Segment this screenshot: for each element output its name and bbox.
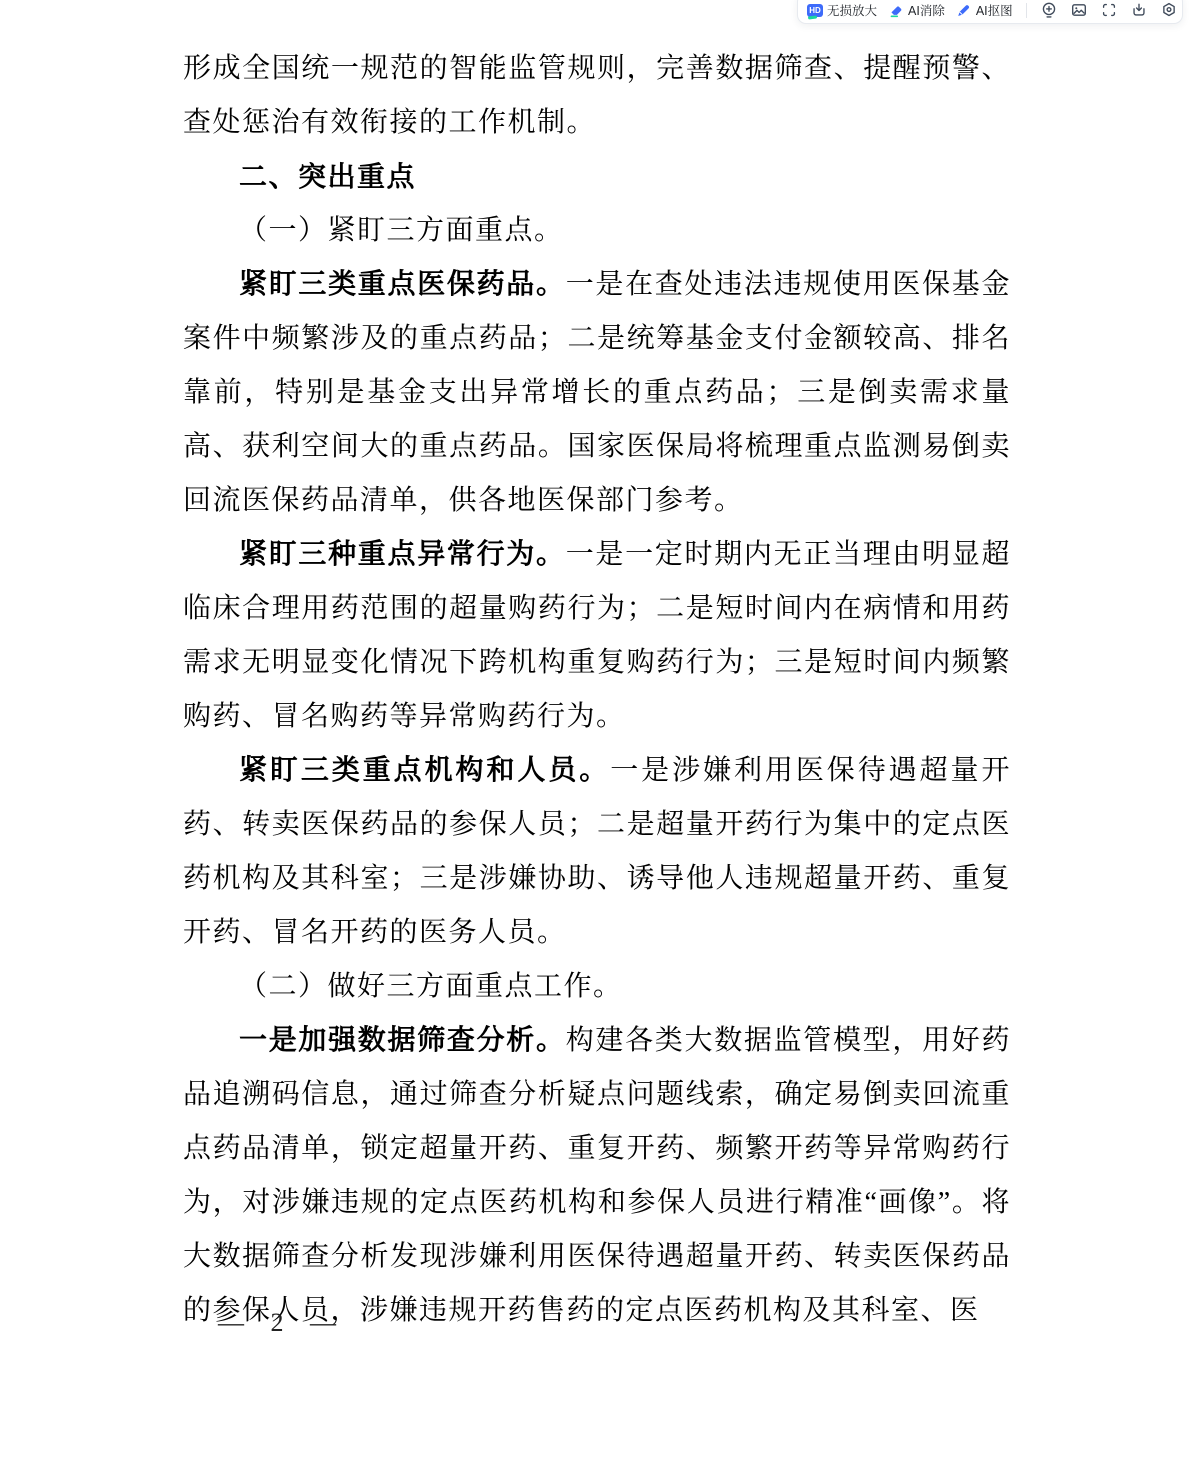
- lossless-enlarge-button[interactable]: HD 无损放大: [807, 1, 877, 19]
- gear-icon: [1160, 1, 1178, 19]
- page-number: — 2 —: [218, 1308, 338, 1338]
- text-segment: 一是在查处违法违规使用医保基金案件中频繁涉及的重点药品；二是统筹基金支付金额较高…: [183, 269, 1011, 516]
- lead-in-text: 一是加强数据筛查分析。: [239, 1025, 566, 1056]
- document-body: 形成全国统一规范的智能监管规则，完善数据筛查、提醒预警、查处惩治有效衔接的工作机…: [183, 42, 1011, 1338]
- paragraph: （二）做好三方面重点工作。: [183, 960, 1011, 1014]
- zoom-plus-icon: [1040, 1, 1058, 19]
- text-segment: 构建各类大数据监管模型，用好药品追溯码信息，通过筛查分析疑点问题线索，确定易倒卖…: [183, 1025, 1011, 1326]
- text-segment: （一）紧盯三方面重点。: [239, 215, 564, 246]
- lead-in-text: 紧盯三类重点机构和人员。: [239, 755, 610, 786]
- ai-erase-button[interactable]: AI消除: [888, 1, 945, 19]
- text-segment: （二）做好三方面重点工作。: [239, 971, 623, 1002]
- image-view-button[interactable]: [1070, 1, 1089, 20]
- text-segment: 形成全国统一规范的智能监管规则，完善数据筛查、提醒预警、查处惩治有效衔接的工作机…: [183, 53, 1011, 138]
- fullscreen-button[interactable]: [1100, 1, 1119, 20]
- hd-enlarge-icon: HD: [807, 4, 823, 17]
- download-icon: [1130, 1, 1148, 19]
- zoom-enhance-button[interactable]: [1040, 1, 1059, 20]
- lossless-enlarge-label: 无损放大: [827, 1, 877, 19]
- settings-button[interactable]: [1160, 1, 1179, 20]
- ai-cutout-button[interactable]: AI抠图: [956, 1, 1013, 19]
- page: { "toolbar": { "buttons": [ { "id": "los…: [0, 0, 1190, 1466]
- image-tools-toolbar: HD 无损放大 AI消除 AI抠图: [797, 0, 1183, 24]
- paragraph: 紧盯三类重点医保药品。一是在查处违法违规使用医保基金案件中频繁涉及的重点药品；二…: [183, 258, 1011, 528]
- image-icon: [1070, 1, 1088, 19]
- paragraph: 紧盯三种重点异常行为。一是一定时期内无正当理由明显超临床合理用药范围的超量购药行…: [183, 528, 1011, 744]
- expand-icon: [1100, 1, 1118, 19]
- lead-in-text: 二、突出重点: [239, 161, 416, 192]
- paragraph: 二、突出重点: [183, 150, 1011, 204]
- paragraph: （一）紧盯三方面重点。: [183, 204, 1011, 258]
- ai-cutout-label: AI抠图: [976, 1, 1013, 19]
- lead-in-text: 紧盯三类重点医保药品。: [239, 269, 566, 300]
- download-button[interactable]: [1130, 1, 1149, 20]
- pen-icon: [956, 2, 972, 18]
- paragraph: 一是加强数据筛查分析。构建各类大数据监管模型，用好药品追溯码信息，通过筛查分析疑…: [183, 1014, 1011, 1338]
- eraser-icon: [888, 2, 904, 18]
- paragraph: 形成全国统一规范的智能监管规则，完善数据筛查、提醒预警、查处惩治有效衔接的工作机…: [183, 42, 1011, 150]
- ai-erase-label: AI消除: [908, 1, 945, 19]
- paragraph: 紧盯三类重点机构和人员。一是涉嫌利用医保待遇超量开药、转卖医保药品的参保人员；二…: [183, 744, 1011, 960]
- lead-in-text: 紧盯三种重点异常行为。: [239, 539, 566, 570]
- toolbar-divider: [1026, 3, 1027, 18]
